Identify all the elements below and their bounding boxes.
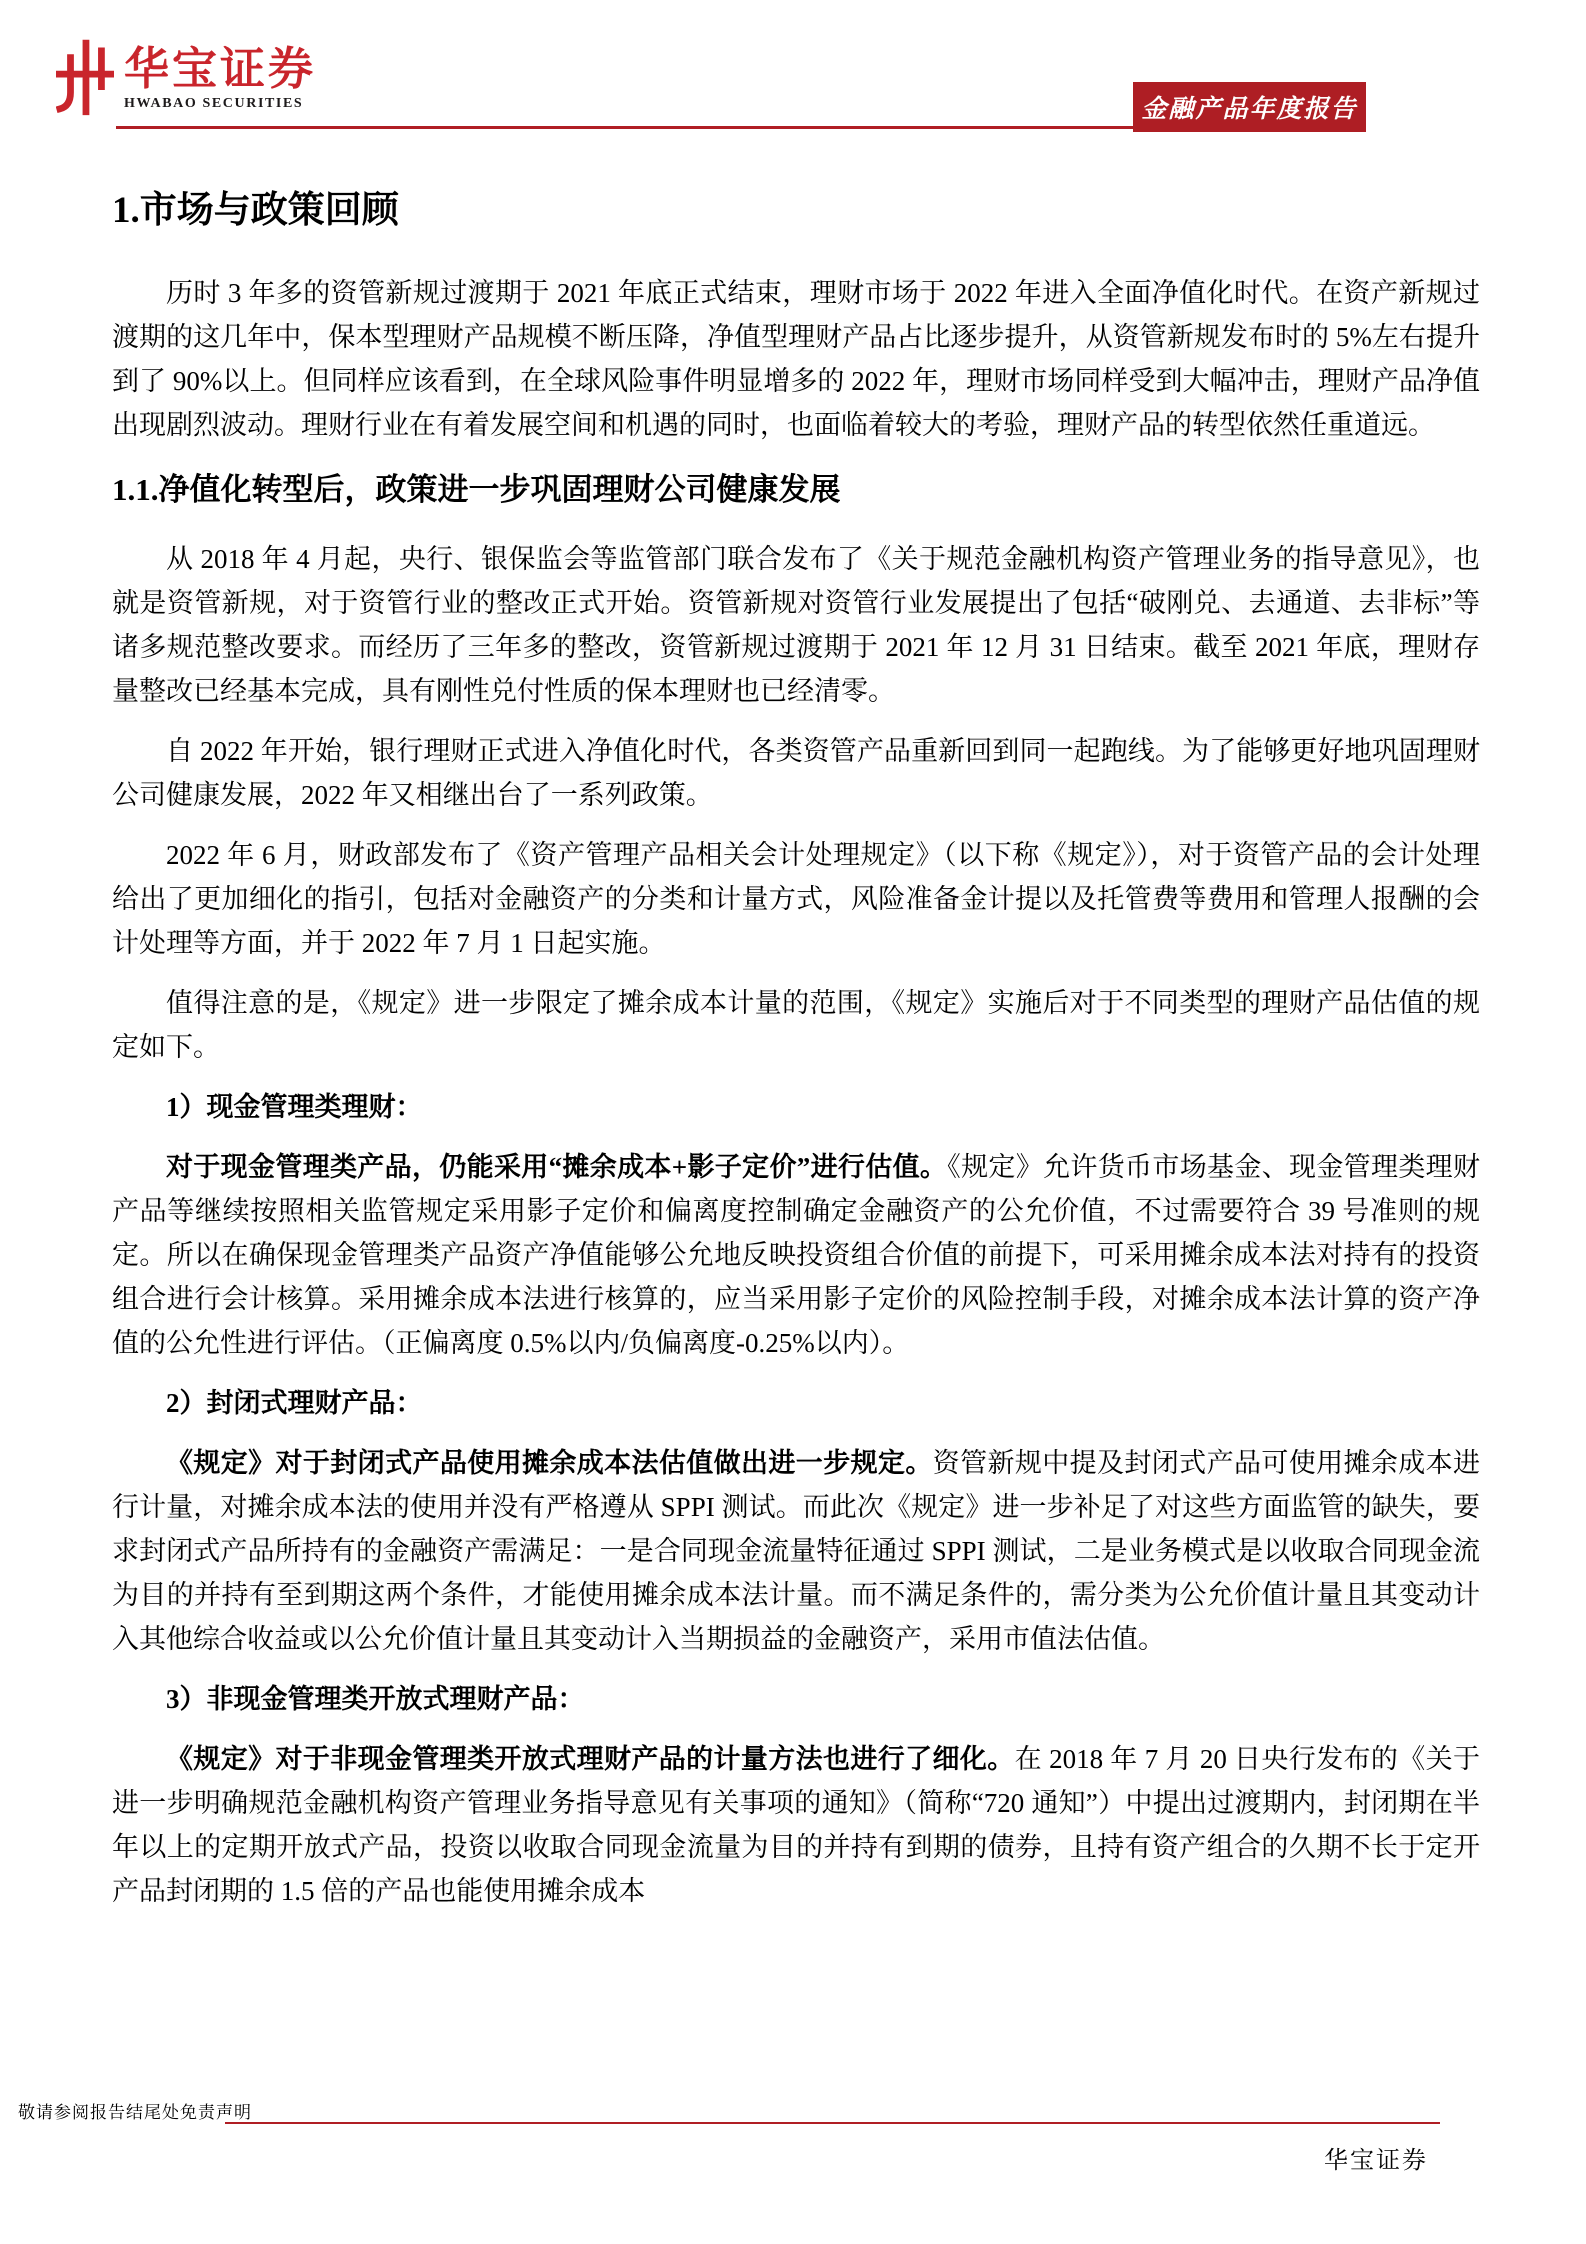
brand-logo: 华宝证券 HWABAO SECURITIES [56, 38, 316, 116]
body-paragraph-2: 从 2018 年 4 月起，央行、银保监会等监管部门联合发布了《关于规范金融机构… [112, 537, 1480, 713]
body-paragraph-7: 《规定》对于封闭式产品使用摊余成本法估值做出进一步规定。资管新规中提及封闭式产品… [112, 1441, 1480, 1661]
page-title: 1.市场与政策回顾 [112, 185, 1480, 237]
body-paragraph-1: 历时 3 年多的资管新规过渡期于 2021 年底正式结束，理财市场于 2022 … [112, 271, 1480, 447]
footer-company: 华宝证券 [1324, 2140, 1428, 2175]
list-heading-3: 3）非现金管理类开放式理财产品： [112, 1677, 1480, 1721]
body-paragraph-3: 自 2022 年开始，银行理财正式进入净值化时代，各类资管产品重新回到同一起跑线… [112, 729, 1480, 817]
paragraph-7-text: 资管新规中提及封闭式产品可使用摊余成本进行计量，对摊余成本法的使用并没有严格遵从… [112, 1448, 1480, 1654]
report-type-badge: 金融产品年度报告 [1133, 82, 1366, 132]
footer-disclaimer: 敬请参阅报告结尾处免责声明 [18, 2098, 252, 2123]
report-page: { "header": { "logo_cn": "华宝证券", "logo_e… [0, 0, 1586, 2244]
paragraph-6-lead: 对于现金管理类产品，仍能采用“摊余成本+影子定价”进行估值。 [166, 1152, 947, 1182]
header-divider [116, 126, 1134, 129]
hwabao-logo-icon [56, 38, 114, 116]
logo-en-text: HWABAO SECURITIES [124, 96, 316, 112]
body-paragraph-6: 对于现金管理类产品，仍能采用“摊余成本+影子定价”进行估值。《规定》允许货币市场… [112, 1145, 1480, 1365]
logo-cn-text: 华宝证券 [124, 46, 316, 93]
list-heading-1: 1）现金管理类理财： [112, 1085, 1480, 1129]
paragraph-8-lead: 《规定》对于非现金管理类开放式理财产品的计量方法也进行了细化。 [166, 1744, 1015, 1774]
body-paragraph-5: 值得注意的是，《规定》进一步限定了摊余成本计量的范围，《规定》实施后对于不同类型… [112, 981, 1480, 1069]
body-paragraph-8: 《规定》对于非现金管理类开放式理财产品的计量方法也进行了细化。在 2018 年 … [112, 1737, 1480, 1913]
section-title-1-1: 1.1.净值化转型后，政策进一步巩固理财公司健康发展 [112, 467, 1480, 513]
footer-divider [225, 2122, 1440, 2124]
paragraph-7-lead: 《规定》对于封闭式产品使用摊余成本法估值做出进一步规定。 [166, 1448, 933, 1478]
logo-text: 华宝证券 HWABAO SECURITIES [124, 38, 316, 112]
article-body: 1.市场与政策回顾 历时 3 年多的资管新规过渡期于 2021 年底正式结束，理… [112, 185, 1480, 1929]
body-paragraph-4: 2022 年 6 月，财政部发布了《资产管理产品相关会计处理规定》（以下称《规定… [112, 833, 1480, 965]
list-heading-2: 2）封闭式理财产品： [112, 1381, 1480, 1425]
paragraph-6-text: 《规定》允许货币市场基金、现金管理类理财产品等继续按照相关监管规定采用影子定价和… [112, 1152, 1480, 1358]
